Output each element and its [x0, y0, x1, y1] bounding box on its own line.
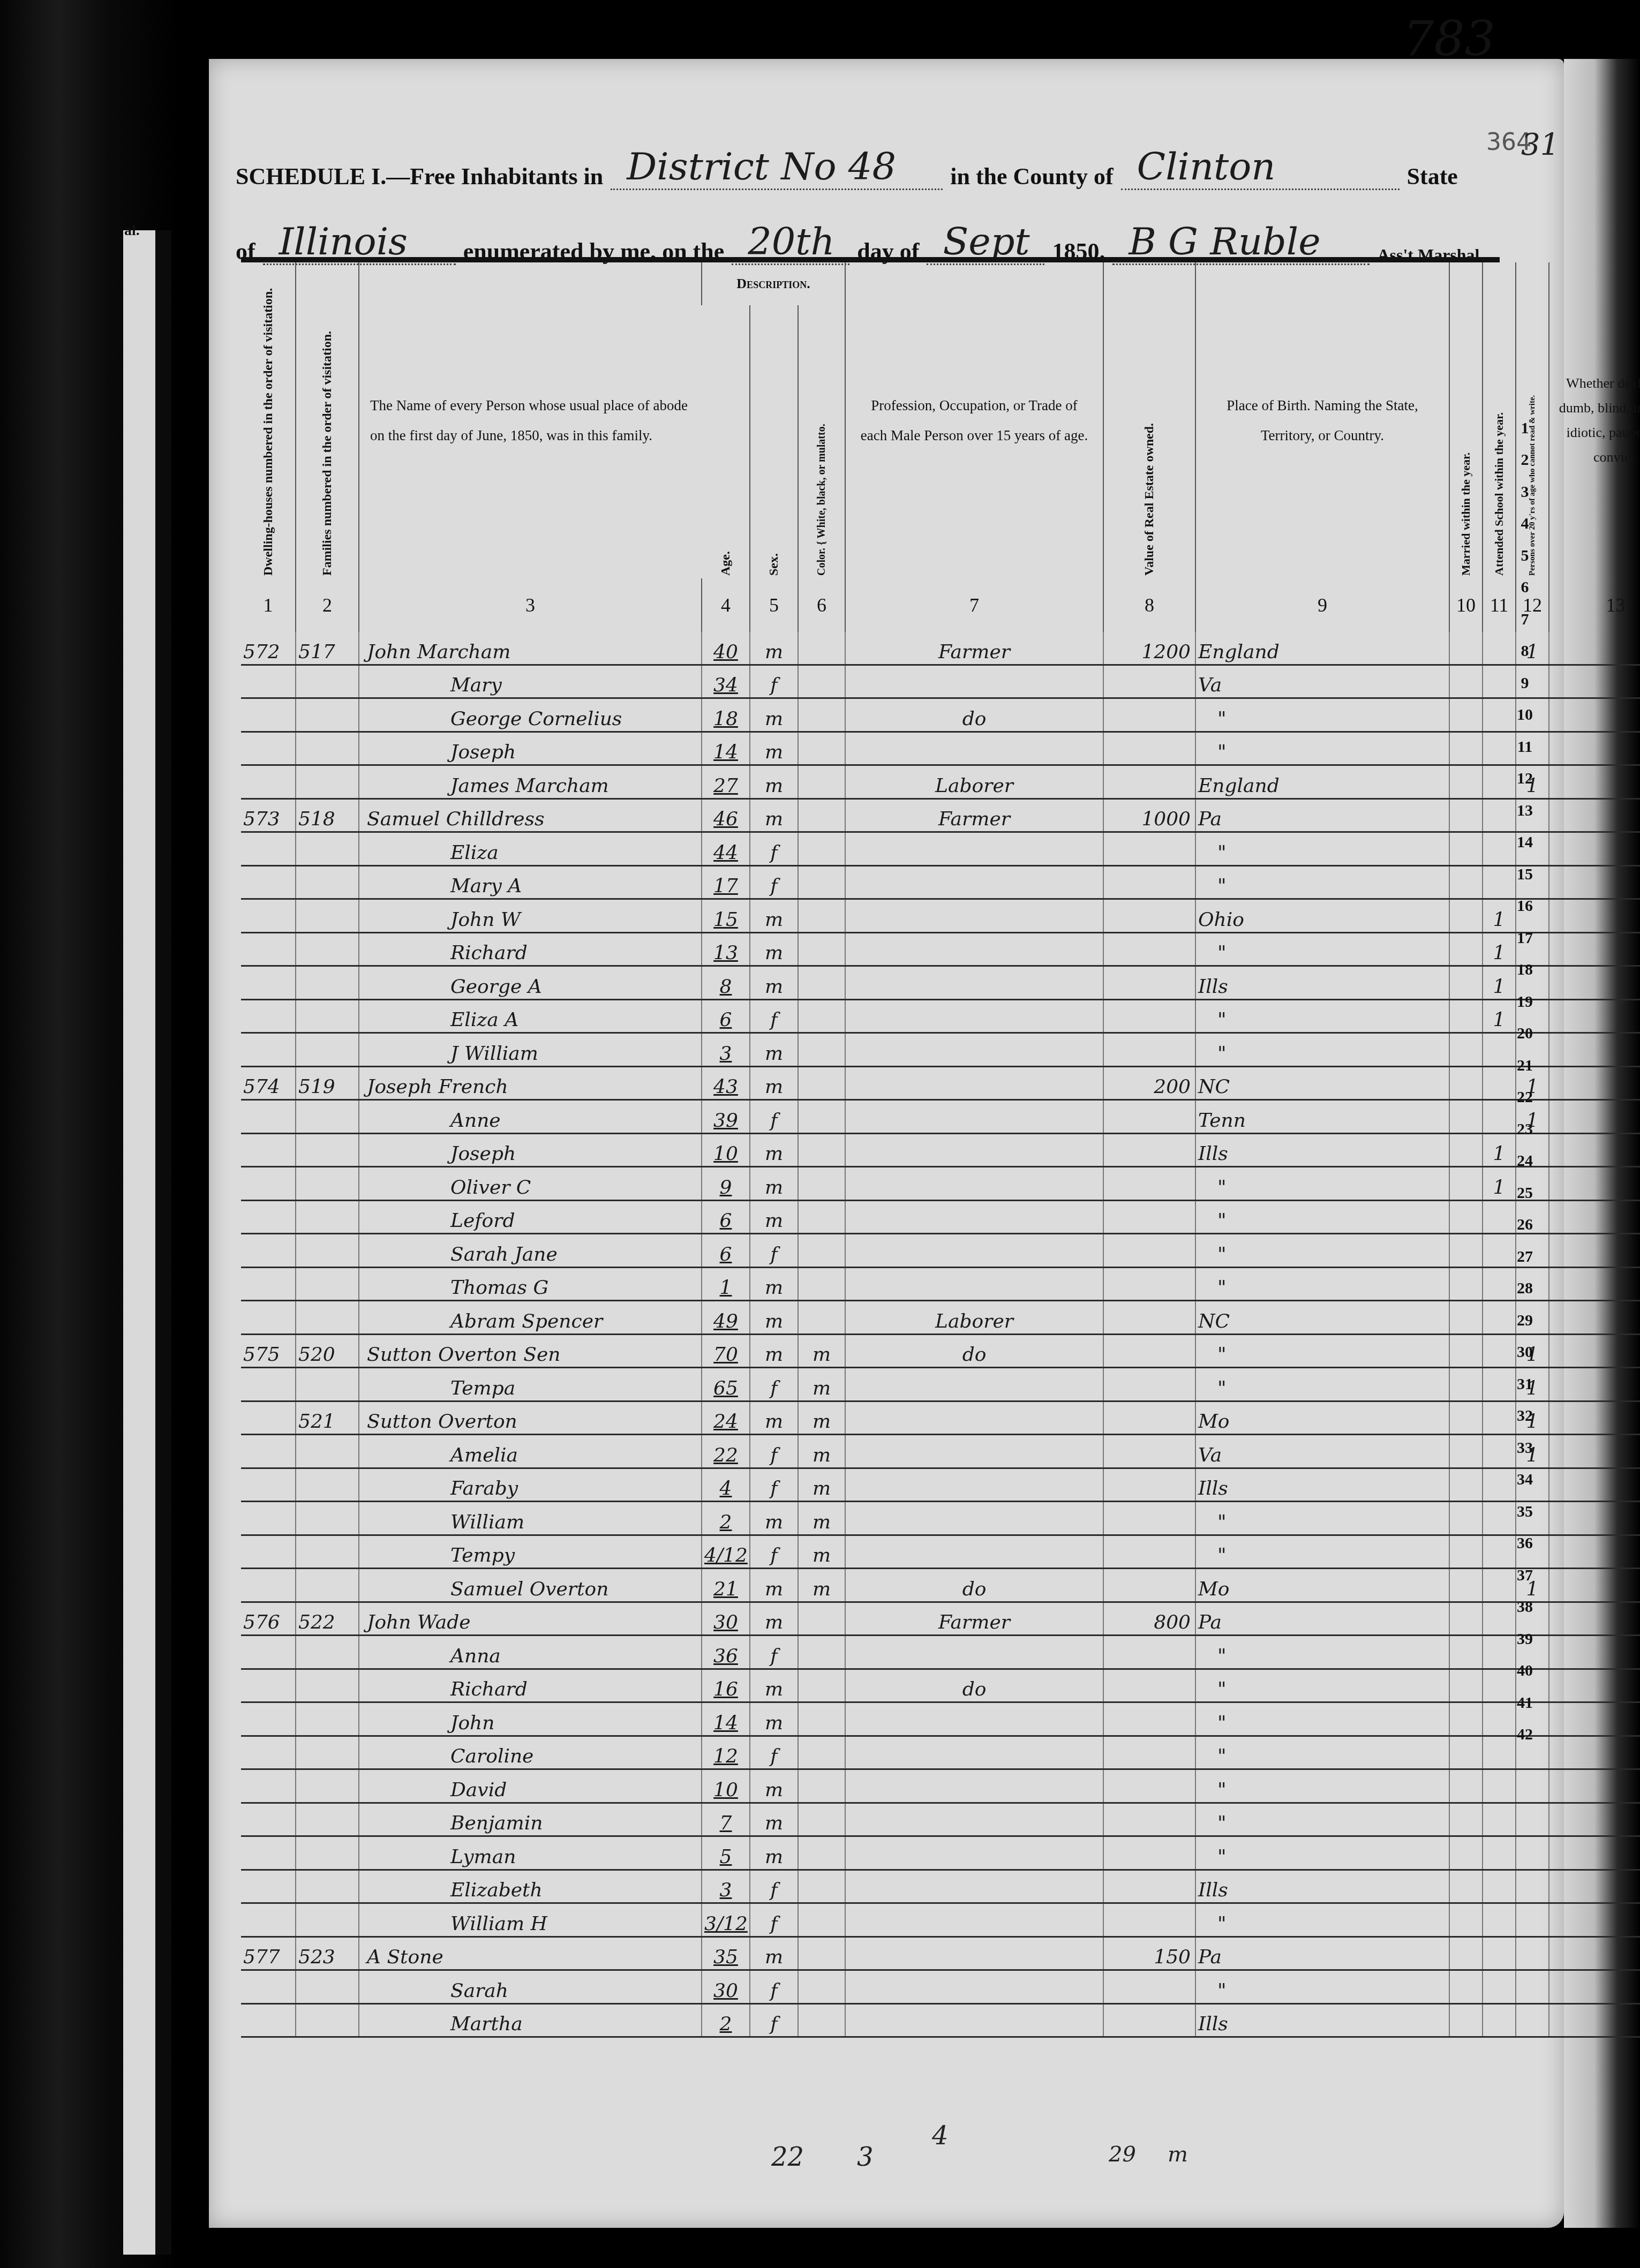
dwelling-number-cell: 573 — [241, 798, 296, 832]
footer-color-tally: 4 — [932, 2121, 949, 2151]
married-within-year-cell — [1449, 1234, 1483, 1268]
age-cell: 5 — [702, 1836, 750, 1870]
sex-cell: f — [750, 1468, 798, 1502]
age-cell: 16 — [702, 1669, 750, 1702]
line-number: 31 — [1506, 1368, 1544, 1400]
color-cell — [798, 698, 845, 732]
color-cell — [798, 1669, 845, 1702]
birthplace-cell: " — [1195, 1836, 1449, 1870]
color-cell: m — [798, 1401, 845, 1435]
person-name-cell: Samuel Overton — [359, 1569, 702, 1602]
line-number: 18 — [1506, 954, 1544, 986]
table-row: Eliza44f" — [241, 832, 1640, 866]
birthplace-cell: Pa — [1195, 1937, 1449, 1970]
color-cell: m — [798, 1535, 845, 1569]
sex-cell: f — [750, 1435, 798, 1468]
family-number-cell — [296, 1736, 359, 1769]
family-number-cell — [296, 1702, 359, 1736]
color-cell — [798, 966, 845, 1000]
person-name-cell: Anna — [359, 1636, 702, 1669]
age-cell: 36 — [702, 1636, 750, 1669]
footer-birth-tally: 29 — [1109, 2142, 1136, 2167]
birthplace-cell: England — [1195, 765, 1449, 799]
married-within-year-cell — [1449, 1937, 1483, 1970]
cannot-read-write-cell — [1516, 1769, 1549, 1803]
table-row: Faraby4fmIlls — [241, 1468, 1640, 1502]
table-row: Anna36f" — [241, 1636, 1640, 1669]
col-num-13: 13 — [1549, 578, 1640, 632]
line-number: 28 — [1506, 1273, 1544, 1305]
married-within-year-cell — [1449, 966, 1483, 1000]
condition-cell — [1549, 1066, 1640, 1100]
birthplace-cell: " — [1195, 999, 1449, 1033]
sex-cell: f — [750, 1234, 798, 1268]
married-within-year-cell — [1449, 1435, 1483, 1468]
sex-cell: f — [750, 2003, 798, 2037]
color-cell — [798, 1702, 845, 1736]
sex-cell: m — [750, 966, 798, 1000]
line-number: 35 — [1506, 1496, 1544, 1528]
line-number: 9 — [1506, 667, 1544, 699]
person-name-cell: Sarah — [359, 1970, 702, 2004]
age-cell: 14 — [702, 732, 750, 765]
condition-cell — [1549, 1903, 1640, 1937]
table-row: William H3/12f" — [241, 1903, 1640, 1937]
sex-cell: m — [750, 765, 798, 799]
condition-cell — [1549, 632, 1640, 665]
col-header-family: Families numbered in the order of visita… — [296, 262, 359, 578]
dwelling-number-cell — [241, 1033, 296, 1067]
condition-cell — [1549, 1267, 1640, 1301]
condition-cell — [1549, 798, 1640, 832]
married-within-year-cell — [1449, 1066, 1483, 1100]
occupation-cell — [845, 1267, 1103, 1301]
table-row: 573518Samuel Chilldress46mFarmer1000Pa — [241, 798, 1640, 832]
family-number-cell — [296, 665, 359, 698]
family-number-cell — [296, 1133, 359, 1167]
district-field: District No 48 — [611, 145, 943, 190]
table-row: Tempy4/12fm" — [241, 1535, 1640, 1569]
line-number: 22 — [1506, 1082, 1544, 1114]
occupation-cell — [845, 1200, 1103, 1234]
census-table: Dwelling-houses numbered in the order of… — [241, 262, 1640, 2038]
occupation-cell — [845, 1066, 1103, 1100]
occupation-cell — [845, 1736, 1103, 1769]
col-header-color: Color. { White, black, or mulatto. — [798, 305, 845, 578]
condition-cell — [1549, 1133, 1640, 1167]
table-row: Joseph10mIlls1 — [241, 1133, 1640, 1167]
age-cell: 2 — [702, 1502, 750, 1535]
table-row: 572517John Marcham40mFarmer1200England1 — [241, 632, 1640, 665]
birthplace-cell: " — [1195, 1970, 1449, 2004]
real-estate-value-cell — [1103, 1100, 1195, 1134]
family-number-cell — [296, 1267, 359, 1301]
person-name-cell: Mary — [359, 665, 702, 698]
table-row: Leford6m" — [241, 1200, 1640, 1234]
age-cell: 7 — [702, 1803, 750, 1836]
age-cell: 3 — [702, 1870, 750, 1903]
person-name-cell: Richard — [359, 1669, 702, 1702]
col-num-10: 10 — [1449, 578, 1483, 632]
color-cell — [798, 1200, 845, 1234]
condition-cell — [1549, 1468, 1640, 1502]
line-number: 5 — [1506, 540, 1544, 572]
line-number: 26 — [1506, 1209, 1544, 1241]
color-cell — [798, 1267, 845, 1301]
county-label: in the County of — [950, 163, 1113, 190]
color-cell — [798, 1769, 845, 1803]
page-number: 783 — [1403, 11, 1495, 67]
sex-cell: f — [750, 832, 798, 866]
occupation-cell — [845, 1803, 1103, 1836]
table-row: J William3m" — [241, 1033, 1640, 1067]
age-cell: 6 — [702, 1234, 750, 1268]
birthplace-cell: " — [1195, 865, 1449, 899]
table-row: Richard13m"1 — [241, 932, 1640, 966]
dwelling-number-cell — [241, 1669, 296, 1702]
line-number: 41 — [1506, 1687, 1544, 1719]
sex-cell: m — [750, 932, 798, 966]
real-estate-value-cell — [1103, 1736, 1195, 1769]
table-row: Tempa65fm"1 — [241, 1368, 1640, 1402]
married-within-year-cell — [1449, 1167, 1483, 1201]
person-name-cell: Benjamin — [359, 1803, 702, 1836]
adjacent-page-edge — [123, 230, 155, 2255]
real-estate-value-cell — [1103, 1167, 1195, 1201]
occupation-cell: do — [845, 1569, 1103, 1602]
occupation-cell — [845, 2003, 1103, 2037]
real-estate-value-cell — [1103, 1903, 1195, 1937]
real-estate-value-cell — [1103, 1033, 1195, 1067]
birthplace-cell: Ills — [1195, 966, 1449, 1000]
col-header-dwelling: Dwelling-houses numbered in the order of… — [241, 262, 296, 578]
condition-cell — [1549, 932, 1640, 966]
age-cell: 65 — [702, 1368, 750, 1402]
line-number: 40 — [1506, 1655, 1544, 1687]
color-cell — [798, 1033, 845, 1067]
line-number: 16 — [1506, 891, 1544, 923]
table-row: Caroline12f" — [241, 1736, 1640, 1769]
family-number-cell — [296, 1569, 359, 1602]
person-name-cell: A Stone — [359, 1937, 702, 1970]
person-name-cell: Elizabeth — [359, 1870, 702, 1903]
line-number: 29 — [1506, 1305, 1544, 1337]
person-name-cell: Leford — [359, 1200, 702, 1234]
person-name-cell: Anne — [359, 1100, 702, 1134]
married-within-year-cell — [1449, 1368, 1483, 1402]
condition-cell — [1549, 966, 1640, 1000]
birthplace-cell: Va — [1195, 1435, 1449, 1468]
table-row: Mary34fVa — [241, 665, 1640, 698]
table-row: Richard16mdo" — [241, 1669, 1640, 1702]
color-cell — [798, 932, 845, 966]
age-cell: 30 — [702, 1602, 750, 1636]
sex-cell: m — [750, 1769, 798, 1803]
real-estate-value-cell — [1103, 865, 1195, 899]
person-name-cell: Abram Spencer — [359, 1301, 702, 1335]
col-num-8: 8 — [1103, 578, 1195, 632]
color-cell — [798, 765, 845, 799]
line-numbers: 1234567891011121314151617181920212223242… — [1506, 412, 1544, 1751]
col-header-married: Married within the year. — [1449, 262, 1483, 578]
margin-fragment: al. — [124, 222, 140, 239]
color-cell — [798, 798, 845, 832]
age-cell: 39 — [702, 1100, 750, 1134]
color-cell — [798, 1903, 845, 1937]
age-cell: 3 — [702, 1033, 750, 1067]
col-num-1: 1 — [241, 578, 296, 632]
person-name-cell: Amelia — [359, 1435, 702, 1468]
condition-cell — [1549, 765, 1640, 799]
person-name-cell: John Wade — [359, 1602, 702, 1636]
married-within-year-cell — [1449, 1502, 1483, 1535]
sex-cell: m — [750, 1301, 798, 1335]
condition-cell — [1549, 1702, 1640, 1736]
married-within-year-cell — [1449, 1669, 1483, 1702]
dwelling-number-cell — [241, 1100, 296, 1134]
condition-cell — [1549, 1937, 1640, 1970]
person-name-cell: William H — [359, 1903, 702, 1937]
person-name-cell: Mary A — [359, 865, 702, 899]
occupation-cell — [845, 1836, 1103, 1870]
age-cell: 70 — [702, 1334, 750, 1368]
cannot-read-write-cell — [1516, 1836, 1549, 1870]
person-name-cell: George A — [359, 966, 702, 1000]
dwelling-number-cell — [241, 1435, 296, 1468]
age-cell: 1 — [702, 1267, 750, 1301]
married-within-year-cell — [1449, 865, 1483, 899]
real-estate-value-cell — [1103, 899, 1195, 933]
age-cell: 44 — [702, 832, 750, 866]
dwelling-number-cell — [241, 865, 296, 899]
person-name-cell: James Marcham — [359, 765, 702, 799]
line-number: 1 — [1506, 412, 1544, 444]
person-name-cell: John Marcham — [359, 632, 702, 665]
dwelling-number-cell — [241, 665, 296, 698]
family-number-cell: 523 — [296, 1937, 359, 1970]
real-estate-value-cell — [1103, 1334, 1195, 1368]
dwelling-number-cell: 572 — [241, 632, 296, 665]
occupation-cell — [845, 1636, 1103, 1669]
table-row: Joseph14m" — [241, 732, 1640, 765]
family-number-cell: 522 — [296, 1602, 359, 1636]
family-number-cell — [296, 1836, 359, 1870]
married-within-year-cell — [1449, 899, 1483, 933]
birthplace-cell: Pa — [1195, 798, 1449, 832]
sex-cell: f — [750, 1535, 798, 1569]
family-number-cell — [296, 999, 359, 1033]
family-number-cell: 521 — [296, 1401, 359, 1435]
birthplace-cell: " — [1195, 698, 1449, 732]
birthplace-cell: " — [1195, 1636, 1449, 1669]
table-row: Elizabeth3fIlls — [241, 1870, 1640, 1903]
birthplace-cell: " — [1195, 1736, 1449, 1769]
table-row: Abram Spencer49mLaborerNC — [241, 1301, 1640, 1335]
table-row: John14m" — [241, 1702, 1640, 1736]
person-name-cell: Tempy — [359, 1535, 702, 1569]
condition-cell — [1549, 1669, 1640, 1702]
real-estate-value-cell — [1103, 1468, 1195, 1502]
dwelling-number-cell: 574 — [241, 1066, 296, 1100]
table-row: Eliza A6f"1 — [241, 999, 1640, 1033]
person-name-cell: Lyman — [359, 1836, 702, 1870]
age-cell: 9 — [702, 1167, 750, 1201]
cannot-read-write-cell — [1516, 1803, 1549, 1836]
family-number-cell — [296, 1870, 359, 1903]
header-line-1: SCHEDULE I.—Free Inhabitants in District… — [236, 145, 1458, 190]
dwelling-number-cell — [241, 932, 296, 966]
table-row: Sarah30f" — [241, 1970, 1640, 2004]
age-cell: 30 — [702, 1970, 750, 2004]
sex-cell: m — [750, 732, 798, 765]
dwelling-number-cell — [241, 1167, 296, 1201]
col-num-3: 3 — [359, 578, 702, 632]
family-number-cell — [296, 1803, 359, 1836]
real-estate-value-cell — [1103, 2003, 1195, 2037]
married-within-year-cell — [1449, 1736, 1483, 1769]
sex-cell: m — [750, 1836, 798, 1870]
line-number: 32 — [1506, 1400, 1544, 1433]
sex-cell: f — [750, 1100, 798, 1134]
color-cell — [798, 999, 845, 1033]
family-number-cell — [296, 1636, 359, 1669]
birthplace-cell: " — [1195, 1167, 1449, 1201]
person-name-cell: Faraby — [359, 1468, 702, 1502]
table-row: Thomas G1m" — [241, 1267, 1640, 1301]
person-name-cell: John W — [359, 899, 702, 933]
age-cell: 27 — [702, 765, 750, 799]
sex-cell: f — [750, 1970, 798, 2004]
census-rows: 572517John Marcham40mFarmer1200England1M… — [241, 632, 1640, 2037]
cannot-read-write-cell — [1516, 2003, 1549, 2037]
real-estate-value-cell — [1103, 832, 1195, 866]
person-name-cell: Sutton Overton — [359, 1401, 702, 1435]
line-number: 33 — [1506, 1432, 1544, 1464]
age-cell: 10 — [702, 1769, 750, 1803]
real-estate-value-cell — [1103, 1535, 1195, 1569]
color-cell — [798, 632, 845, 665]
birthplace-cell: Mo — [1195, 1401, 1449, 1435]
condition-cell — [1549, 1870, 1640, 1903]
age-cell: 18 — [702, 698, 750, 732]
age-cell: 15 — [702, 899, 750, 933]
occupation-cell — [845, 865, 1103, 899]
birthplace-cell: " — [1195, 1334, 1449, 1368]
attended-school-cell — [1483, 1937, 1516, 1970]
birthplace-cell: " — [1195, 1535, 1449, 1569]
condition-cell — [1549, 1100, 1640, 1134]
col-header-birthplace: Place of Birth. Naming the State, Territ… — [1195, 262, 1449, 578]
color-cell — [798, 1636, 845, 1669]
married-within-year-cell — [1449, 632, 1483, 665]
occupation-cell — [845, 1468, 1103, 1502]
occupation-cell — [845, 932, 1103, 966]
table-row: George A8mIlls1 — [241, 966, 1640, 1000]
occupation-cell — [845, 665, 1103, 698]
line-number: 7 — [1506, 604, 1544, 636]
sex-cell: m — [750, 899, 798, 933]
col-num-7: 7 — [845, 578, 1103, 632]
real-estate-value-cell — [1103, 765, 1195, 799]
attended-school-cell — [1483, 1903, 1516, 1937]
person-name-cell: Sutton Overton Sen — [359, 1334, 702, 1368]
birthplace-cell: " — [1195, 1803, 1449, 1836]
description-group-header: Description. — [702, 262, 845, 305]
dwelling-number-cell — [241, 2003, 296, 2037]
condition-cell — [1549, 1301, 1640, 1335]
married-within-year-cell — [1449, 1401, 1483, 1435]
line-number: 15 — [1506, 858, 1544, 891]
person-name-cell: Joseph — [359, 732, 702, 765]
occupation-cell: Farmer — [845, 1602, 1103, 1636]
color-cell — [798, 1100, 845, 1134]
occupation-cell — [845, 1100, 1103, 1134]
condition-cell — [1549, 1167, 1640, 1201]
col-header-sex: Sex. — [750, 305, 798, 578]
dwelling-number-cell: 576 — [241, 1602, 296, 1636]
occupation-cell — [845, 1870, 1103, 1903]
condition-cell — [1549, 1234, 1640, 1268]
condition-cell — [1549, 2003, 1640, 2037]
real-estate-value-cell — [1103, 1669, 1195, 1702]
family-number-cell — [296, 765, 359, 799]
table-row: William2mm" — [241, 1502, 1640, 1535]
color-cell — [798, 1133, 845, 1167]
occupation-cell — [845, 1903, 1103, 1937]
condition-cell — [1549, 1502, 1640, 1535]
family-number-cell — [296, 966, 359, 1000]
married-within-year-cell — [1449, 732, 1483, 765]
sex-cell: m — [750, 1937, 798, 1970]
dwelling-number-cell — [241, 899, 296, 933]
table-row: John W15mOhio1 — [241, 899, 1640, 933]
birthplace-cell: Ills — [1195, 1133, 1449, 1167]
person-name-cell: J William — [359, 1033, 702, 1067]
col-header-occupation: Profession, Occupation, or Trade of each… — [845, 262, 1103, 578]
married-within-year-cell — [1449, 1301, 1483, 1335]
color-cell — [798, 1970, 845, 2004]
age-cell: 8 — [702, 966, 750, 1000]
line-number: 14 — [1506, 827, 1544, 859]
condition-cell — [1549, 1602, 1640, 1636]
col-num-6: 6 — [798, 578, 845, 632]
married-within-year-cell — [1449, 1903, 1483, 1937]
condition-cell — [1549, 865, 1640, 899]
dwelling-number-cell — [241, 1401, 296, 1435]
real-estate-value-cell — [1103, 1636, 1195, 1669]
table-row: Anne39fTenn1 — [241, 1100, 1640, 1134]
real-estate-value-cell — [1103, 1702, 1195, 1736]
person-name-cell: John — [359, 1702, 702, 1736]
color-cell — [798, 1870, 845, 1903]
attended-school-cell — [1483, 1870, 1516, 1903]
occupation-cell — [845, 1435, 1103, 1468]
condition-cell — [1549, 999, 1640, 1033]
color-cell — [798, 665, 845, 698]
family-number-cell: 517 — [296, 632, 359, 665]
birthplace-cell: " — [1195, 932, 1449, 966]
color-cell — [798, 732, 845, 765]
line-number: 3 — [1506, 476, 1544, 508]
occupation-cell: do — [845, 1334, 1103, 1368]
dwelling-number-cell — [241, 832, 296, 866]
occupation-cell — [845, 1769, 1103, 1803]
dwelling-number-cell — [241, 1502, 296, 1535]
person-name-cell: William — [359, 1502, 702, 1535]
dwelling-number-cell — [241, 1970, 296, 2004]
col-num-4: 4 — [702, 578, 750, 632]
family-number-cell: 518 — [296, 798, 359, 832]
